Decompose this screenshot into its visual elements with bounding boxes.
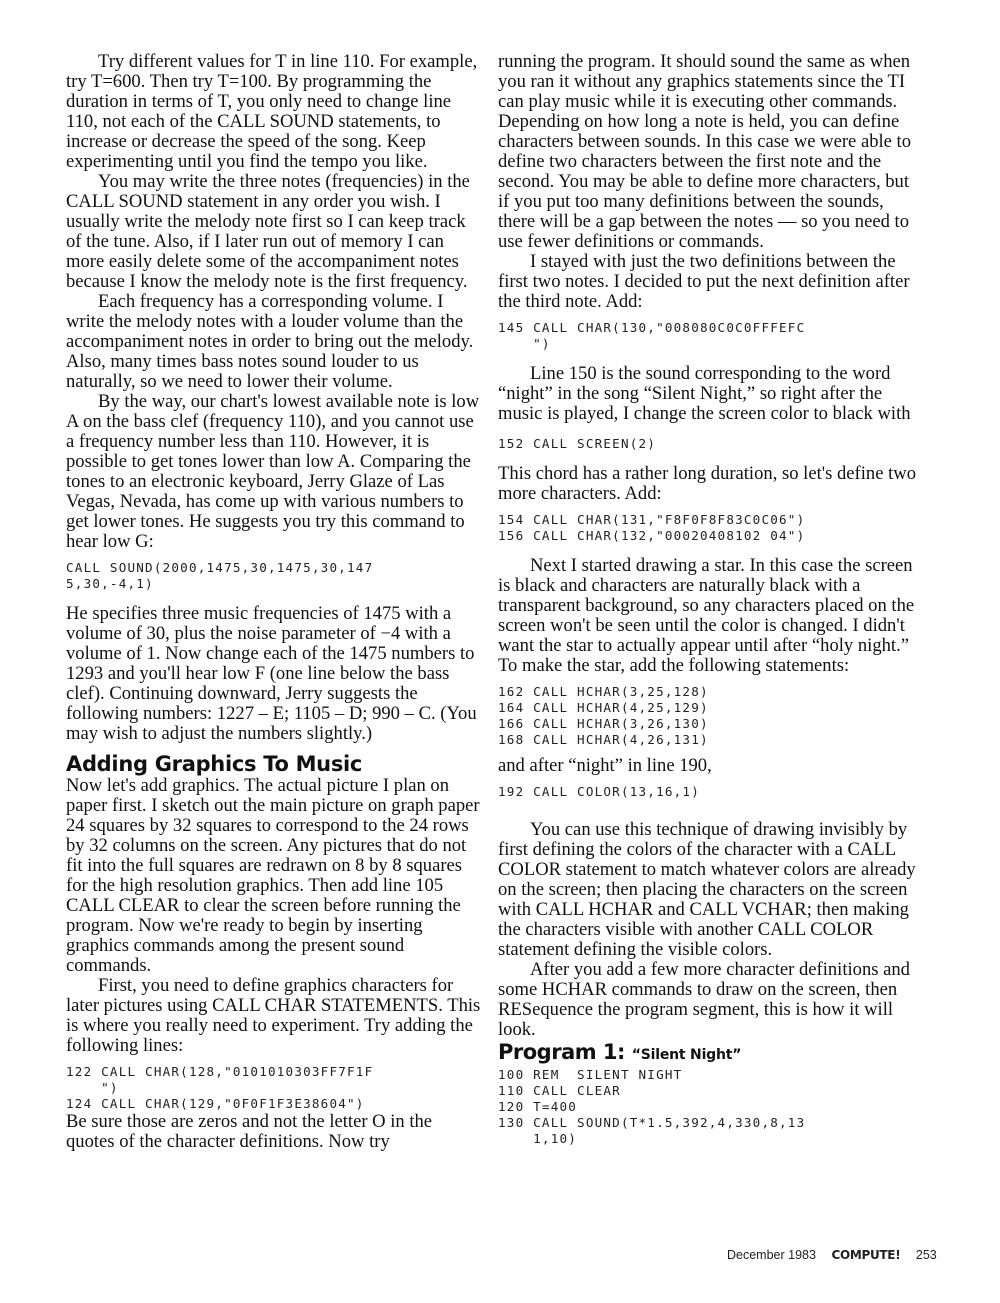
program-listing: 100 REM SILENT NIGHT 110 CALL CLEAR 120 … (498, 1067, 918, 1147)
paragraph-star: Next I started drawing a star. In this c… (498, 556, 918, 676)
program-subtitle: “Silent Night” (632, 1047, 742, 1063)
paragraph-resequence: After you add a few more character defin… (498, 960, 918, 1040)
section-heading: Adding Graphics To Music (66, 752, 484, 776)
program-title: Program 1: (498, 1040, 625, 1064)
footer-page-number: 253 (916, 1248, 937, 1262)
paragraph-volume: Each frequency has a corresponding volum… (66, 292, 484, 392)
code-low-g: CALL SOUND(2000,1475,30,1475,30,147 5,30… (66, 560, 484, 592)
paragraph-running: running the program. It should sound the… (498, 52, 918, 252)
page-footer: December 1983 COMPUTE! 253 (727, 1248, 937, 1262)
left-column: Try different values for T in line 110. … (66, 52, 484, 1152)
code-line-152: 152 CALL SCREEN(2) (498, 436, 918, 452)
paragraph-technique: You can use this technique of drawing in… (498, 820, 918, 960)
footer-magazine: COMPUTE! (831, 1248, 900, 1262)
footer-issue: December 1983 (727, 1248, 816, 1262)
program-heading: Program 1: “Silent Night” (498, 1040, 918, 1067)
paragraph-note-order: You may write the three notes (frequenci… (66, 172, 484, 292)
paragraph-define-chars: First, you need to define graphics chara… (66, 976, 484, 1056)
code-hchar-lines: 162 CALL HCHAR(3,25,128) 164 CALL HCHAR(… (498, 684, 918, 748)
code-line-145: 145 CALL CHAR(130,"008080C0C0FFFEFC ") (498, 320, 918, 352)
paragraph-stayed: I stayed with just the two definitions b… (498, 252, 918, 312)
code-line-192: 192 CALL COLOR(13,16,1) (498, 784, 918, 800)
paragraph-chord: This chord has a rather long duration, s… (498, 464, 918, 504)
paragraph-tempo: Try different values for T in line 110. … (66, 52, 484, 172)
paragraph-after-night: and after “night” in line 190, (498, 756, 918, 776)
paragraph-frequencies: He specifies three music frequencies of … (66, 604, 484, 744)
paragraph-line-150: Line 150 is the sound corresponding to t… (498, 364, 918, 424)
code-lines-154-156: 154 CALL CHAR(131,"F8F0F8F83C0C06") 156 … (498, 512, 918, 544)
paragraph-add-graphics: Now let's add graphics. The actual pictu… (66, 776, 484, 976)
right-column: running the program. It should sound the… (498, 52, 918, 1147)
paragraph-zeros-note: Be sure those are zeros and not the lett… (66, 1112, 484, 1152)
code-char-lines: 122 CALL CHAR(128,"0101010303FF7F1F ") 1… (66, 1064, 484, 1112)
paragraph-low-notes: By the way, our chart's lowest available… (66, 392, 484, 552)
